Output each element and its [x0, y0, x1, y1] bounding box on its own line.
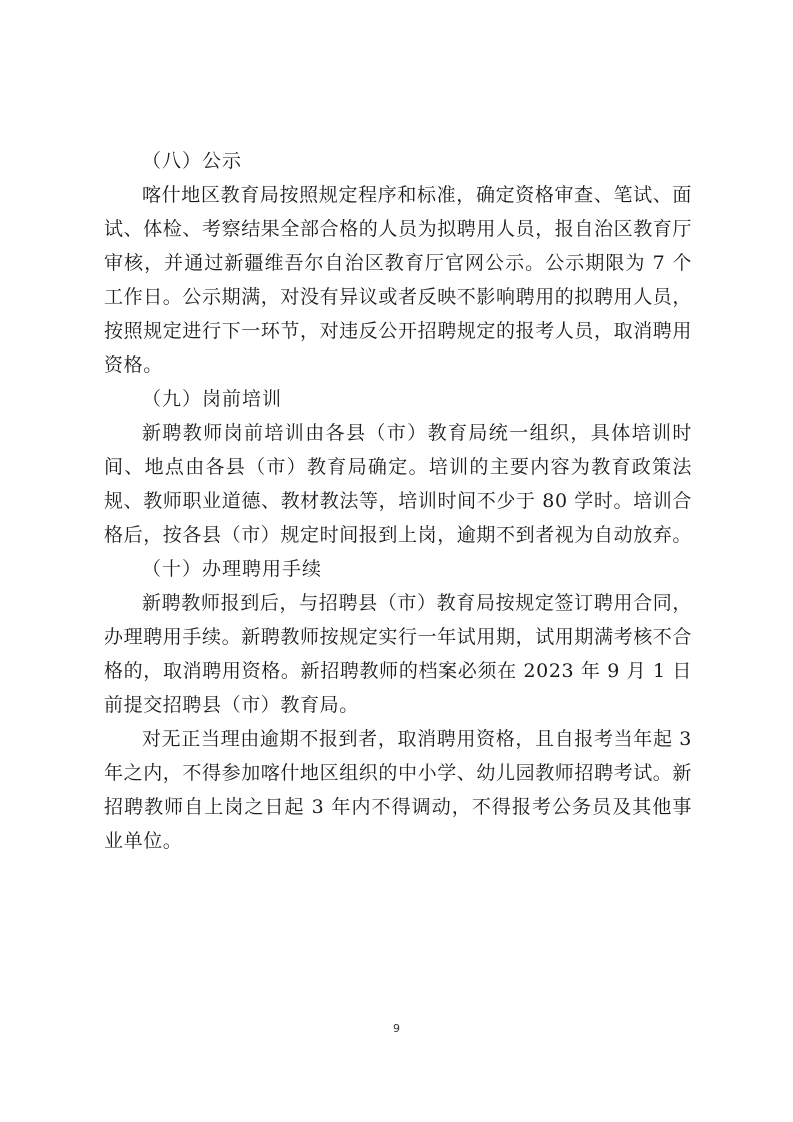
section-pre-job-training: （九）岗前培训 新聘教师岗前培训由各县（市）教育局统一组织，具体培训时间、地点由…: [104, 382, 692, 552]
paragraph: 新聘教师岗前培训由各县（市）教育局统一组织，具体培训时间、地点由各县（市）教育局…: [104, 416, 692, 552]
section-publicity: （八）公示 喀什地区教育局按照规定程序和标准，确定资格审查、笔试、面试、体检、考…: [104, 144, 692, 382]
section-heading: （八）公示: [104, 144, 692, 178]
paragraph: 新聘教师报到后，与招聘县（市）教育局按规定签订聘用合同，办理聘用手续。新聘教师按…: [104, 586, 692, 722]
section-heading: （十）办理聘用手续: [104, 552, 692, 586]
section-employment-procedures: （十）办理聘用手续 新聘教师报到后，与招聘县（市）教育局按规定签订聘用合同，办理…: [104, 552, 692, 858]
paragraph: 喀什地区教育局按照规定程序和标准，确定资格审查、笔试、面试、体检、考察结果全部合…: [104, 178, 692, 382]
page-number: 9: [0, 1022, 793, 1035]
paragraph: 对无正当理由逾期不报到者，取消聘用资格，且自报考当年起 3 年之内，不得参加喀什…: [104, 722, 692, 858]
section-heading: （九）岗前培训: [104, 382, 692, 416]
document-page: （八）公示 喀什地区教育局按照规定程序和标准，确定资格审查、笔试、面试、体检、考…: [104, 144, 692, 858]
